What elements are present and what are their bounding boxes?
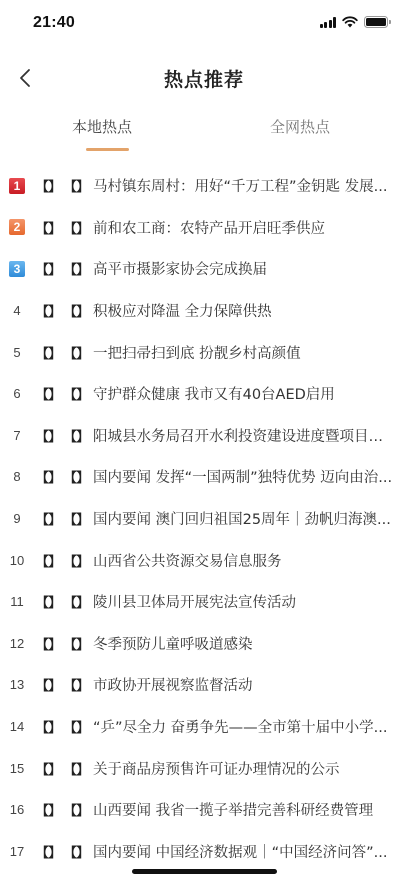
tab-bar: 本地热点 全网热点: [0, 110, 408, 160]
item-title: 山西要闻 我省一揽子举措完善科研经费管理: [93, 799, 373, 820]
tag-bracket: 【】: [61, 800, 91, 819]
tag-bracket: 【】: [35, 759, 61, 778]
list-item[interactable]: 14 【】 【】 “乒”尽全力 奋勇争先——全市第十届中小学...: [0, 706, 408, 748]
item-title: “乒”尽全力 奋勇争先——全市第十届中小学...: [93, 716, 387, 737]
rank-number: 4: [9, 303, 25, 319]
rank-number: 16: [9, 802, 25, 818]
rank-number: 14: [9, 719, 25, 735]
rank-number: 17: [9, 843, 25, 859]
tag-bracket: 【】: [35, 717, 61, 736]
list-item[interactable]: 8 【】 【】 国内要闻 发挥“一国两制”独特优势 迈向由治...: [0, 456, 408, 498]
rank-number: 8: [9, 469, 25, 485]
rank-number: 12: [9, 635, 25, 651]
list-item[interactable]: 10 【】 【】 山西省公共资源交易信息服务: [0, 539, 408, 581]
item-title: 国内要闻 中国经济数据观｜“中国经济问答”...: [93, 841, 387, 862]
item-title: 山西省公共资源交易信息服务: [93, 550, 282, 571]
list-item[interactable]: 1 【】 【】 马村镇东周村：用好“千万工程”金钥匙 发展...: [0, 165, 408, 207]
tag-bracket: 【】: [35, 634, 61, 653]
status-time: 21:40: [33, 14, 75, 32]
rank-badge: 3: [9, 261, 25, 277]
tag-bracket: 【】: [35, 176, 61, 195]
rank-number: 15: [9, 760, 25, 776]
tag-bracket: 【】: [35, 551, 61, 570]
list-item[interactable]: 13 【】 【】 市政协开展视察监督活动: [0, 664, 408, 706]
tag-bracket: 【】: [61, 467, 91, 486]
tag-bracket: 【】: [35, 384, 61, 403]
rank-number: 11: [9, 594, 25, 610]
tag-bracket: 【】: [61, 426, 91, 445]
item-title: 陵川县卫体局开展宪法宣传活动: [93, 591, 296, 612]
rank-number: 5: [9, 344, 25, 360]
tag-bracket: 【】: [35, 426, 61, 445]
nav-bar: 热点推荐: [0, 55, 408, 101]
tag-bracket: 【】: [61, 176, 91, 195]
home-indicator[interactable]: [132, 869, 277, 874]
tag-bracket: 【】: [35, 218, 61, 237]
tag-bracket: 【】: [61, 343, 91, 362]
list-item[interactable]: 7 【】 【】 阳城县水务局召开水利投资建设进度暨项目资...: [0, 415, 408, 457]
battery-icon: [364, 16, 388, 28]
list-item[interactable]: 5 【】 【】 一把扫帚扫到底 扮靓乡村高颜值: [0, 331, 408, 373]
tab-local-hot[interactable]: 本地热点: [72, 116, 132, 137]
tag-bracket: 【】: [35, 343, 61, 362]
item-title: 市政协开展视察监督活动: [93, 674, 253, 695]
tag-bracket: 【】: [35, 800, 61, 819]
tag-bracket: 【】: [61, 634, 91, 653]
tag-bracket: 【】: [61, 759, 91, 778]
tag-bracket: 【】: [35, 467, 61, 486]
tag-bracket: 【】: [35, 675, 61, 694]
rank-number: 9: [9, 511, 25, 527]
item-title: 前和农工商：农特产品开启旺季供应: [93, 217, 325, 238]
rank-badge: 2: [9, 219, 25, 235]
tag-bracket: 【】: [35, 509, 61, 528]
tag-bracket: 【】: [61, 259, 91, 278]
list-item[interactable]: 3 【】 【】 高平市摄影家协会完成换届: [0, 248, 408, 290]
item-title: 高平市摄影家协会完成换届: [93, 258, 267, 279]
item-title: 一把扫帚扫到底 扮靓乡村高颜值: [93, 342, 301, 363]
hot-list: 1 【】 【】 马村镇东周村：用好“千万工程”金钥匙 发展... 2 【】 【】…: [0, 165, 408, 872]
list-item[interactable]: 15 【】 【】 关于商品房预售许可证办理情况的公示: [0, 747, 408, 789]
tag-bracket: 【】: [61, 842, 91, 861]
tag-bracket: 【】: [61, 675, 91, 694]
tag-bracket: 【】: [61, 592, 91, 611]
list-item[interactable]: 11 【】 【】 陵川县卫体局开展宪法宣传活动: [0, 581, 408, 623]
item-title: 马村镇东周村：用好“千万工程”金钥匙 发展...: [93, 175, 387, 196]
item-title: 积极应对降温 全力保障供热: [93, 300, 272, 321]
item-title: 阳城县水务局召开水利投资建设进度暨项目资...: [93, 425, 393, 446]
tag-bracket: 【】: [61, 717, 91, 736]
tag-bracket: 【】: [35, 259, 61, 278]
list-item[interactable]: 6 【】 【】 守护群众健康 我市又有40台AED启用: [0, 373, 408, 415]
tag-bracket: 【】: [61, 551, 91, 570]
item-title: 国内要闻 发挥“一国两制”独特优势 迈向由治...: [93, 466, 392, 487]
rank-number: 10: [9, 552, 25, 568]
status-bar: 21:40: [0, 0, 408, 50]
tag-bracket: 【】: [61, 301, 91, 320]
tag-bracket: 【】: [35, 301, 61, 320]
list-item[interactable]: 16 【】 【】 山西要闻 我省一揽子举措完善科研经费管理: [0, 789, 408, 831]
tag-bracket: 【】: [61, 509, 91, 528]
tag-bracket: 【】: [35, 592, 61, 611]
rank-number: 13: [9, 677, 25, 693]
item-title: 关于商品房预售许可证办理情况的公示: [93, 758, 340, 779]
page-title: 热点推荐: [0, 65, 408, 92]
list-item[interactable]: 9 【】 【】 国内要闻 澳门回归祖国25周年｜劲帆归海澳...: [0, 498, 408, 540]
wifi-icon: [342, 16, 358, 28]
list-item[interactable]: 4 【】 【】 积极应对降温 全力保障供热: [0, 290, 408, 332]
signal-icon: [320, 17, 337, 28]
tab-active-indicator: [86, 148, 129, 151]
rank-badge: 1: [9, 178, 25, 194]
list-item[interactable]: 12 【】 【】 冬季预防儿童呼吸道感染: [0, 623, 408, 665]
list-item[interactable]: 2 【】 【】 前和农工商：农特产品开启旺季供应: [0, 207, 408, 249]
tag-bracket: 【】: [61, 384, 91, 403]
tag-bracket: 【】: [35, 842, 61, 861]
rank-number: 7: [9, 427, 25, 443]
list-item[interactable]: 17 【】 【】 国内要闻 中国经济数据观｜“中国经济问答”...: [0, 831, 408, 873]
item-title: 冬季预防儿童呼吸道感染: [93, 633, 253, 654]
tag-bracket: 【】: [61, 218, 91, 237]
item-title: 守护群众健康 我市又有40台AED启用: [93, 383, 335, 404]
status-icons: [320, 16, 389, 28]
item-title: 国内要闻 澳门回归祖国25周年｜劲帆归海澳...: [93, 508, 391, 529]
rank-number: 6: [9, 386, 25, 402]
tab-all-hot[interactable]: 全网热点: [270, 116, 330, 137]
